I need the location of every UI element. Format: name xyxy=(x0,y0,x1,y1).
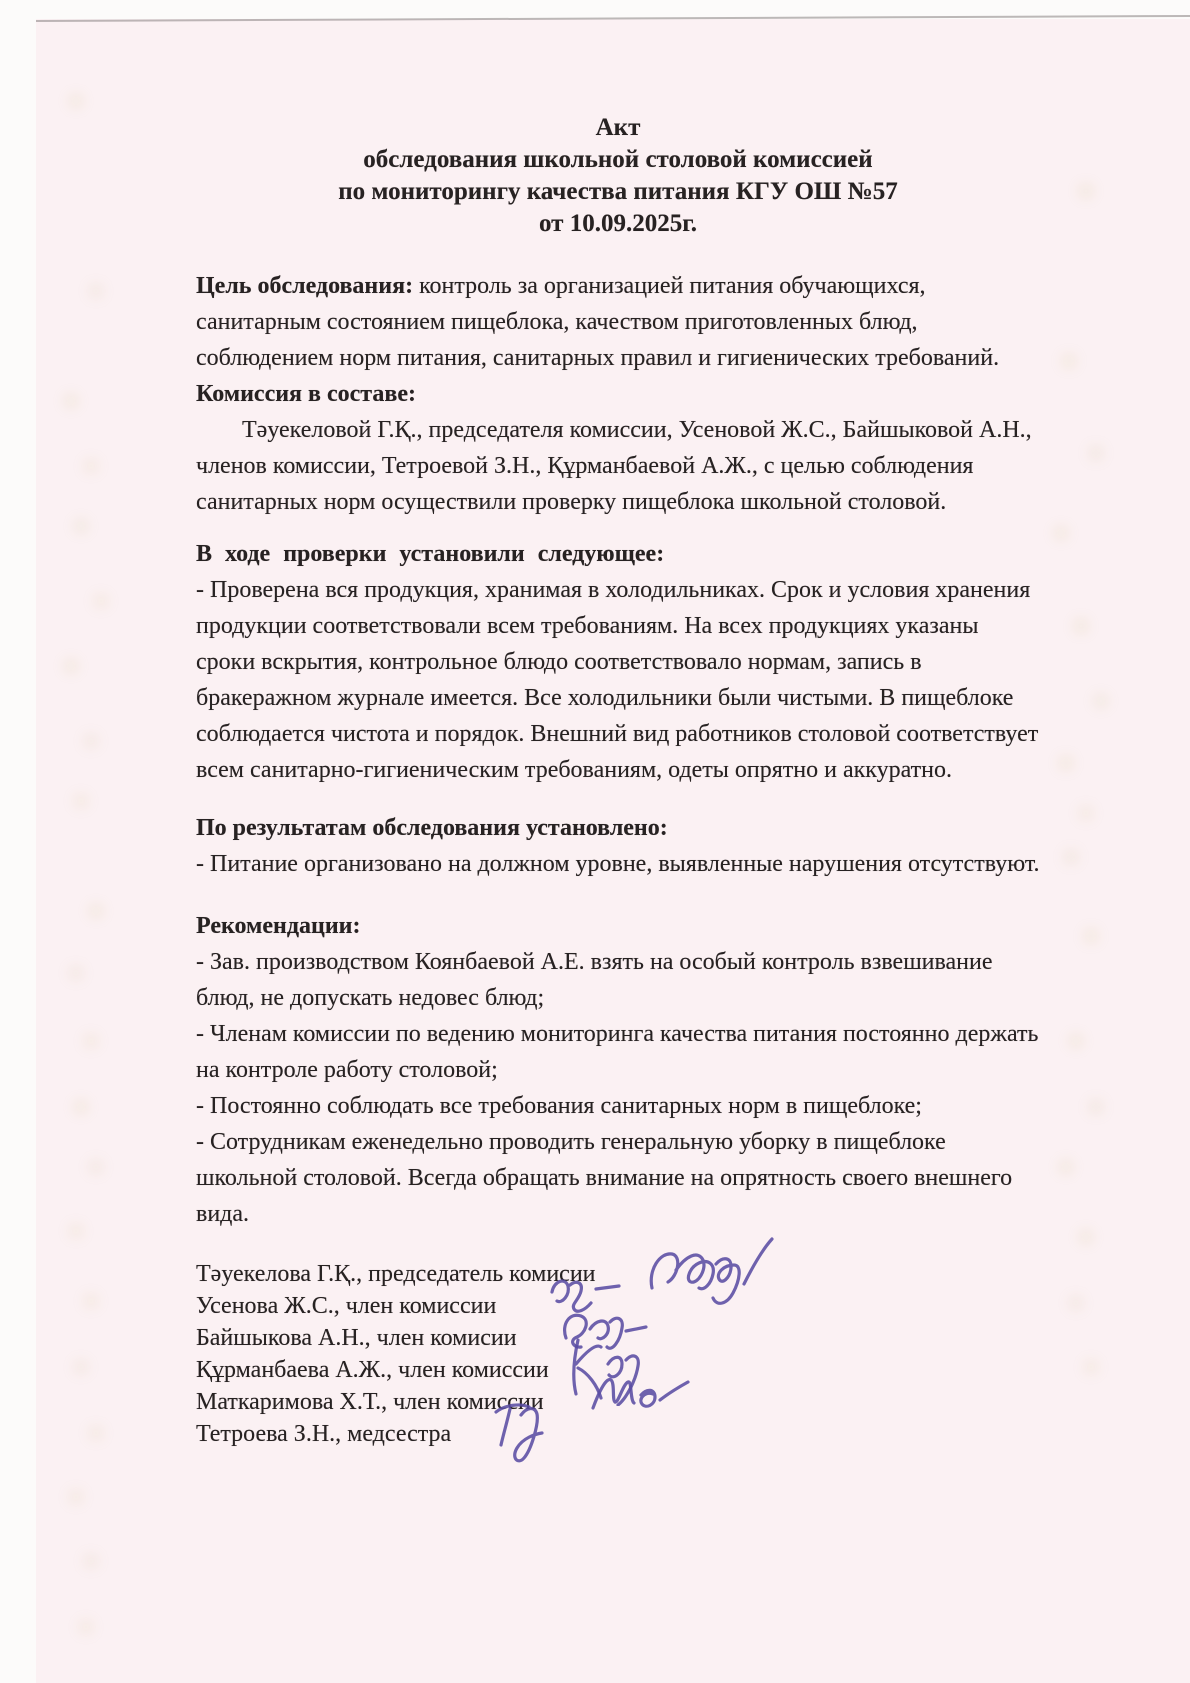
signature-row: Усенова Ж.С., член комиссии xyxy=(196,1290,1041,1322)
commission-paragraph: Тәуекеловой Г.Қ., председателя комиссии,… xyxy=(196,412,1041,520)
title-line-3: по мониторингу качества питания КГУ ОШ №… xyxy=(184,176,1052,208)
scanner-background-left xyxy=(0,0,36,1683)
recommendation-item: - Зав. производством Коянбаевой А.Е. взя… xyxy=(196,944,1041,1016)
document-title: Акт обследования школьной столовой комис… xyxy=(184,112,1052,240)
results-heading: По результатам обследования установлено: xyxy=(196,810,1041,846)
signature-row: Тетроева З.Н., медсестра xyxy=(196,1418,1041,1450)
recommendation-item: - Постоянно соблюдать все требования сан… xyxy=(196,1088,1041,1124)
title-line-1: Акт xyxy=(184,112,1052,144)
document-page: Акт обследования школьной столовой комис… xyxy=(196,112,1041,1450)
title-line-4: от 10.09.2025г. xyxy=(184,208,1052,240)
signatory-name: Усенова Ж.С., член комиссии xyxy=(196,1293,496,1319)
signature-block: Тәуекелова Г.Қ., председатель комисии Ус… xyxy=(196,1258,1041,1450)
signatory-name: Тетроева З.Н., медсестра xyxy=(196,1421,451,1447)
signatory-name: Құрманбаева А.Ж., член комиссии xyxy=(196,1357,549,1383)
purpose-label: Цель обследования: xyxy=(196,273,413,299)
commission-heading: Комиссия в составе: xyxy=(196,376,1041,412)
title-line-2: обследования школьной столовой комиссией xyxy=(184,144,1052,176)
signature-row: Құрманбаева А.Ж., член комиссии xyxy=(196,1354,1041,1386)
recommendation-item: - Членам комиссии по ведению мониторинга… xyxy=(196,1016,1041,1088)
signatory-name: Байшыкова А.Н., член комисии xyxy=(196,1325,517,1351)
signature-row: Маткаримова Х.Т., член комиссии xyxy=(196,1386,1041,1418)
purpose-paragraph: Цель обследования: контроль за организац… xyxy=(196,268,1041,376)
signature-row: Байшыкова А.Н., член комисии xyxy=(196,1322,1041,1354)
recommendation-item: - Сотрудникам еженедельно проводить гене… xyxy=(196,1124,1041,1232)
findings-paragraph: - Проверена вся продукция, хранимая в хо… xyxy=(196,572,1041,788)
recommendations-heading: Рекомендации: xyxy=(196,908,1041,944)
findings-heading: В ходе проверки установили следующее: xyxy=(196,536,1041,572)
signatory-name: Тәуекелова Г.Қ., председатель комисии xyxy=(196,1261,596,1287)
signatory-name: Маткаримова Х.Т., член комиссии xyxy=(196,1389,544,1415)
signature-row: Тәуекелова Г.Қ., председатель комисии xyxy=(196,1258,1041,1290)
results-paragraph: - Питание организовано на должном уровне… xyxy=(196,846,1041,882)
scan-smudge-artifacts xyxy=(0,0,2,2)
